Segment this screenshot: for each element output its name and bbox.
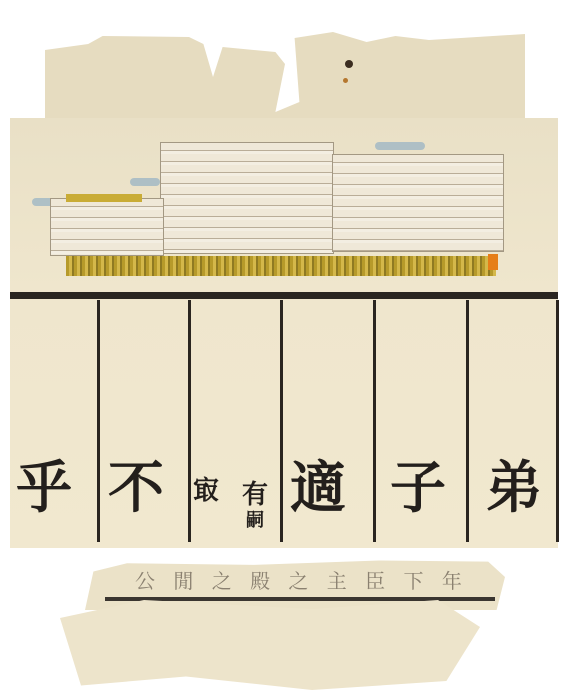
orange-accent (488, 254, 498, 270)
bottom-paper-fragment (60, 600, 480, 690)
column-divider (97, 300, 100, 542)
column-divider (556, 300, 559, 542)
blue-stain (375, 142, 425, 150)
column-divider (280, 300, 283, 542)
rust-spot (343, 78, 348, 83)
column-divider (466, 300, 469, 542)
paper-strip-bundle-left (50, 198, 164, 256)
column-divider (188, 300, 191, 542)
annotation-zui: 㝡 (193, 478, 219, 504)
column-divider (373, 300, 376, 542)
faded-text-row: 公 閒 之 殿 之 主 臣 下 年 (135, 565, 468, 594)
paper-strip-bundle-right (332, 154, 504, 252)
annotation-you: 有 (242, 482, 268, 508)
torn-top-paper-fragment (45, 22, 525, 122)
blue-stain (130, 178, 160, 186)
character-hu: 乎 (16, 460, 72, 516)
gold-leaf-small (66, 194, 142, 202)
paper-strip-bundle-center (160, 142, 334, 254)
character-zi: 子 (390, 460, 446, 516)
gold-leaf-strip (66, 256, 496, 276)
mounted-paper-bundle (30, 138, 510, 278)
character-shi: 適 (290, 460, 346, 516)
annotation-si: 嗣 (246, 512, 264, 530)
top-border-rule (10, 292, 558, 299)
character-bu: 不 (108, 460, 164, 516)
ink-spot (345, 60, 353, 68)
character-di: 弟 (486, 460, 542, 516)
